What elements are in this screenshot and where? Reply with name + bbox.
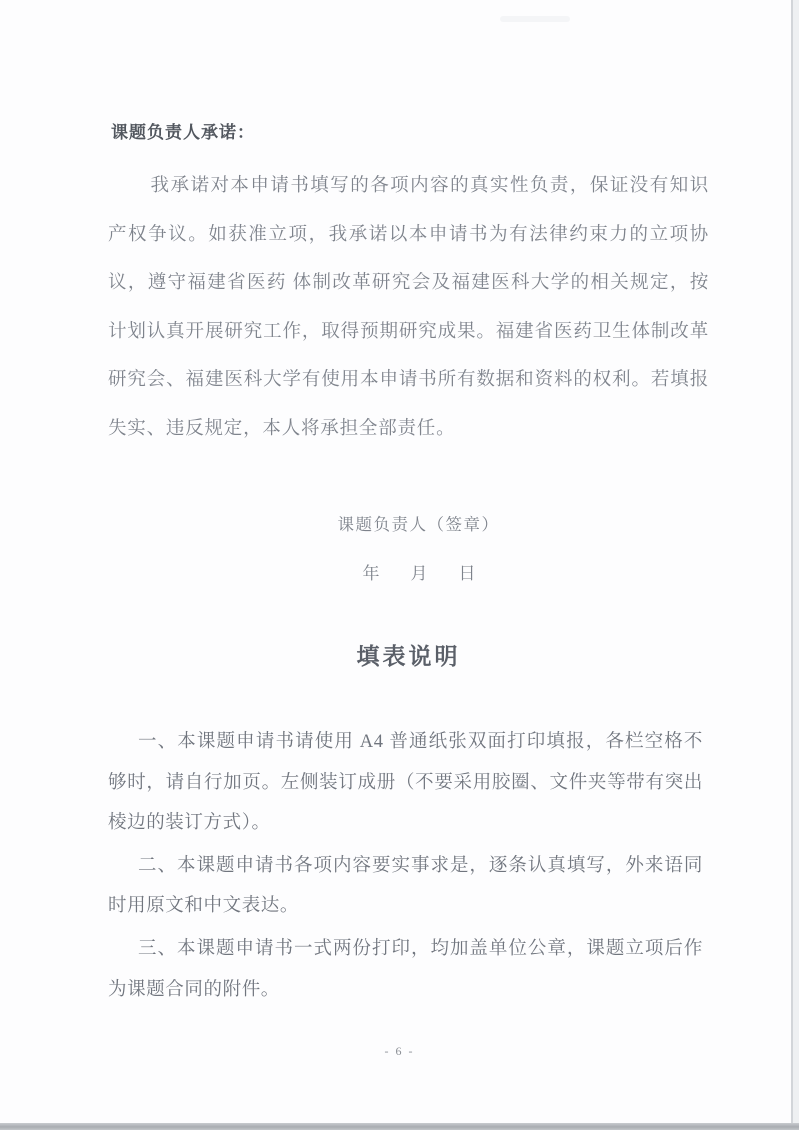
signature-date-label: 年 月 日 [108,562,723,586]
signature-label: 课题负责人（签章） [108,513,719,537]
scan-right-edge-fill [793,0,799,1124]
commitment-heading: 课题负责人承诺： [111,121,255,145]
instruction-item-1: 一、本课题申请书请使用 A4 普通纸张双面打印填报，各栏空格不够时，请自行加页。… [108,722,703,844]
instruction-item-2: 二、本课题申请书各项内容要实事求是，逐条认真填写，外来语同时用原文和中文表达。 [108,846,703,927]
instruction-item-3: 三、本课题申请书一式两份打印，均加盖单位公章，课题立项后作为课题合同的附件。 [108,929,703,1010]
instructions-list: 一、本课题申请书请使用 A4 普通纸张双面打印填报，各栏空格不够时，请自行加页。… [108,722,703,1012]
scan-smudge [500,16,570,22]
scan-bottom-edge [0,1123,799,1130]
commitment-paragraph: 我承诺对本申请书填写的各项内容的真实性负责，保证没有知识产权争议。如获准立项，我… [108,162,709,454]
page-number: - 6 - [0,1043,799,1059]
instructions-heading: 填表说明 [108,640,709,674]
document-page: 课题负责人承诺： 我承诺对本申请书填写的各项内容的真实性负责，保证没有知识产权争… [0,0,799,1130]
